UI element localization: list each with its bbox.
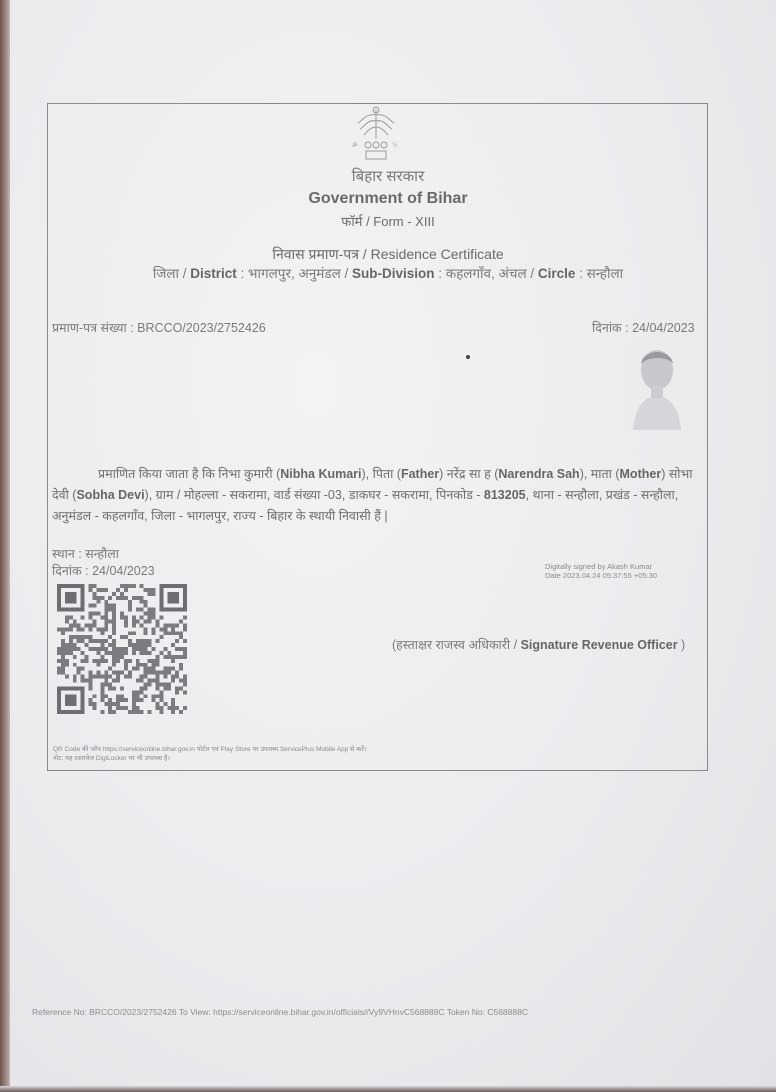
govt-english-title: Government of Bihar	[0, 190, 776, 208]
bihar-emblem-icon: ॐ 卐	[346, 105, 406, 163]
digital-signature: Digitally signed by Akash Kumar Date 202…	[545, 562, 657, 580]
ink-speck	[466, 355, 470, 359]
district-line: जिला / District : भागलपुर, अनुमंडल / Sub…	[0, 264, 776, 282]
svg-text:ॐ: ॐ	[352, 141, 358, 149]
qr-verification-note: QR Code की जाँच https://serviceonline.bi…	[53, 745, 366, 763]
svg-text:卐: 卐	[392, 142, 398, 149]
signature-revenue-officer: (हस्ताक्षर राजस्व अधिकारी / Signature Re…	[392, 636, 685, 653]
certificate-number: प्रमाण-पत्र संख्या : BRCCO/2023/2752426	[52, 319, 266, 336]
certificate-date: दिनांक : 24/04/2023	[592, 319, 695, 336]
verification-qr-code[interactable]	[57, 583, 187, 715]
paper-bottom-edge	[0, 1086, 776, 1092]
issue-date: दिनांक : 24/04/2023	[52, 562, 155, 579]
certificate-body: प्रमाणित किया जाता है कि निभा कुमारी (Ni…	[52, 464, 704, 527]
reference-footer: Reference No: BRCCO/2023/2752426 To View…	[32, 1007, 528, 1017]
applicant-photo	[625, 342, 687, 430]
certificate-type: निवास प्रमाण-पत्र / Residence Certificat…	[0, 245, 776, 264]
form-number: फॉर्म / Form - XIII	[0, 212, 776, 230]
place: स्थान : सन्हौला	[52, 545, 119, 562]
govt-hindi-title: बिहार सरकार	[0, 166, 776, 186]
